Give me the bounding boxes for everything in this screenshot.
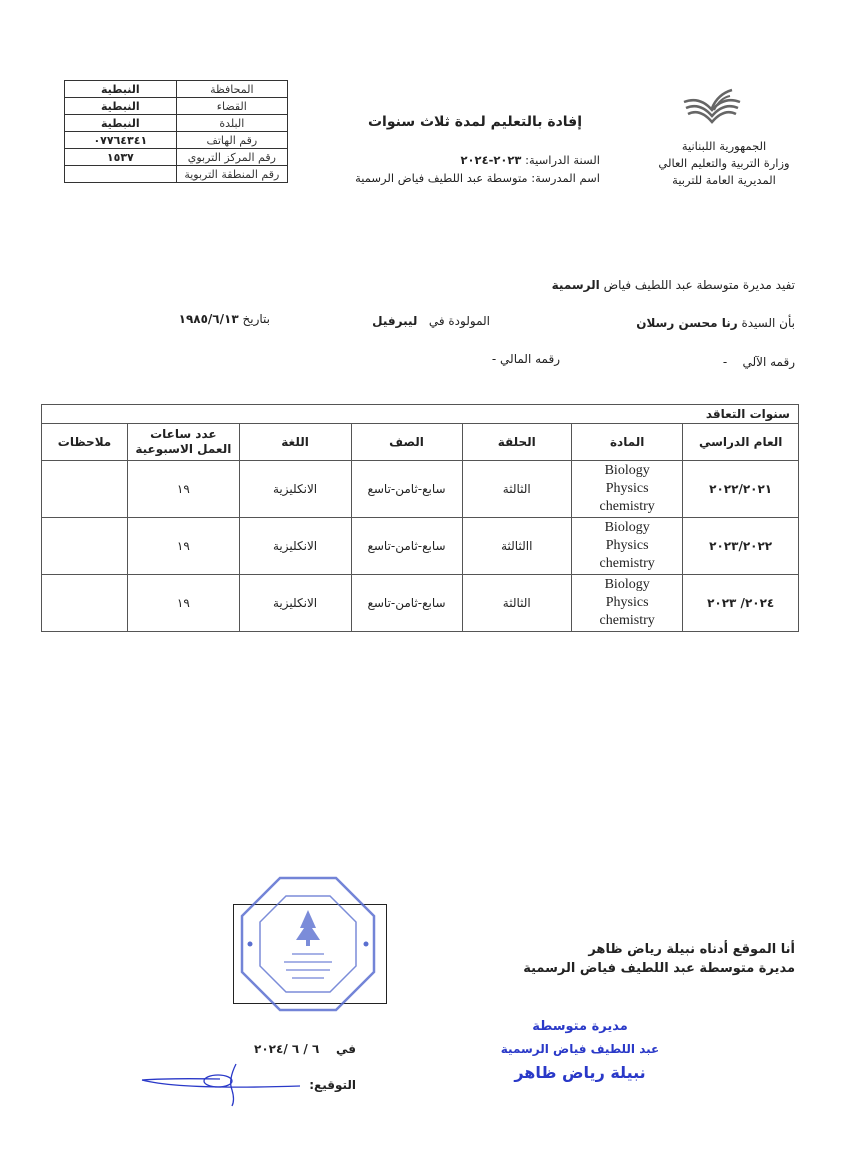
financial-number-value: - (492, 352, 496, 366)
column-header-subject: المادة (572, 424, 683, 461)
school-info-table: المحافظة النبطية القضاء النبطية البلدة ا… (64, 80, 288, 183)
column-header-weekly-hours: عدد ساعات العمل الاسبوعية (128, 424, 240, 461)
column-header-class: الصف (351, 424, 462, 461)
column-header-year: العام الدراسي (683, 424, 799, 461)
cell-hours: ١٩ (128, 461, 240, 518)
ministry-name: وزارة التربية والتعليم العالي (650, 155, 798, 172)
table-header-row: العام الدراسي المادة الحلقة الصف اللغة ع… (42, 424, 799, 461)
contract-years-table: سنوات التعاقد العام الدراسي المادة الحلق… (41, 404, 799, 632)
intro-text: تفيد مديرة متوسطة عبد اللطيف فياض (604, 278, 795, 292)
person-prefix: بأن السيدة (741, 316, 795, 330)
born-place: ليبرفيل (372, 314, 417, 328)
cell-year: ٢٠٢٤/ ٢٠٢٣ (683, 575, 799, 632)
info-value: النبطية (65, 81, 177, 98)
cell-subjects: Biology Physics chemistry (572, 518, 683, 575)
director-stamp-line-1: مديرة متوسطة (490, 1015, 670, 1038)
birthplace-line: المولودة في ليبرفيل (330, 314, 490, 328)
info-label: رقم المركز التربوي (176, 149, 287, 166)
table-row: ٢٠٢٢/٢٠٢١ Biology Physics chemistry الثا… (42, 461, 799, 518)
academic-year-value: ٢٠٢٣-٢٠٢٤ (461, 153, 522, 167)
cell-language: الانكليزية (239, 518, 351, 575)
issue-date-line: في ٦ / ٦ /٢٠٢٤ (200, 1042, 356, 1056)
cell-notes (42, 575, 128, 632)
birthdate-line: بتاريخ ١٩٨٥/٦/١٣ (140, 312, 270, 326)
official-school-stamp-icon (238, 874, 378, 1014)
info-label: المحافظة (176, 81, 287, 98)
info-label: رقم المنطقة التربوية (176, 166, 287, 183)
cell-hours: ١٩ (128, 518, 240, 575)
intro-line: تفيد مديرة متوسطة عبد اللطيف فياض الرسمي… (300, 278, 795, 292)
handwritten-signature-icon (140, 1062, 310, 1107)
financial-number-label: رقمه المالي (500, 352, 560, 366)
directorate-name: المديرية العامة للتربية (650, 172, 798, 189)
info-label: القضاء (176, 98, 287, 115)
person-line: بأن السيدة رنا محسن رسلان (450, 316, 795, 330)
column-header-language: اللغة (239, 424, 351, 461)
cell-notes (42, 461, 128, 518)
cell-class: سابع-ثامن-تاسع (351, 575, 462, 632)
issue-date: ٦ / ٦ /٢٠٢٤ (254, 1042, 319, 1056)
auto-number-line: رقمه الآلي - (640, 355, 795, 369)
cell-class: سابع-ثامن-تاسع (351, 461, 462, 518)
school-name-line: اسم المدرسة: متوسطة عبد اللطيف فياض الرس… (330, 171, 600, 185)
school-value: متوسطة عبد اللطيف فياض الرسمية (355, 171, 527, 185)
table-row: ٢٠٢٣/٢٠٢٢ Biology Physics chemistry االث… (42, 518, 799, 575)
cell-language: الانكليزية (239, 461, 351, 518)
subject: chemistry (575, 555, 679, 573)
open-book-logo-icon (682, 88, 742, 130)
cell-class: سابع-ثامن-تاسع (351, 518, 462, 575)
ministry-header: الجمهورية اللبنانية وزارة التربية والتعل… (650, 138, 798, 189)
auto-number-value: - (723, 355, 727, 369)
financial-number-line: رقمه المالي - (440, 352, 560, 366)
cell-language: الانكليزية (239, 575, 351, 632)
date-label: بتاريخ (243, 312, 271, 326)
subject: Physics (575, 537, 679, 555)
cell-year: ٢٠٢٢/٢٠٢١ (683, 461, 799, 518)
subject: chemistry (575, 498, 679, 516)
subject: Biology (575, 576, 679, 594)
signer-line-2: مديرة متوسطة عبد اللطيف فياض الرسمية (500, 959, 795, 978)
info-value: ٠٧٧٦٤٣٤١ (65, 132, 177, 149)
cell-hours: ١٩ (128, 575, 240, 632)
school-label: اسم المدرسة: (531, 171, 600, 185)
director-stamp: مديرة متوسطة عبد اللطيف فياض الرسمية نبي… (490, 1015, 670, 1084)
subject: Biology (575, 519, 679, 537)
subject: Biology (575, 462, 679, 480)
info-row: المحافظة النبطية (65, 81, 288, 98)
republic-name: الجمهورية اللبنانية (650, 138, 798, 155)
birth-date: ١٩٨٥/٦/١٣ (179, 312, 239, 326)
info-label: البلدة (176, 115, 287, 132)
director-stamp-line-2: عبد اللطيف فياض الرسمية (490, 1038, 670, 1061)
document-title: إفادة بالتعليم لمدة ثلاث سنوات (330, 114, 620, 130)
cell-cycle: الثالثة (462, 461, 572, 518)
info-label: رقم الهاتف (176, 132, 287, 149)
person-name: رنا محسن رسلان (636, 316, 737, 330)
info-row: القضاء النبطية (65, 98, 288, 115)
intro-bold-text: الرسمية (552, 278, 600, 292)
academic-year-label: السنة الدراسية: (525, 153, 600, 167)
auto-number-label: رقمه الآلي (742, 355, 795, 369)
info-row: رقم المنطقة التربوية (65, 166, 288, 183)
subject: chemistry (575, 612, 679, 630)
column-header-cycle: الحلقة (462, 424, 572, 461)
cell-year: ٢٠٢٣/٢٠٢٢ (683, 518, 799, 575)
born-label: المولودة في (429, 314, 490, 328)
cell-cycle: االثالثة (462, 518, 572, 575)
cell-cycle: الثالثة (462, 575, 572, 632)
director-stamp-line-3: نبيلة رياض ظاهر (490, 1061, 670, 1084)
academic-year-line: السنة الدراسية: ٢٠٢٣-٢٠٢٤ (330, 153, 600, 167)
info-value: النبطية (65, 115, 177, 132)
info-value: ١٥٣٧ (65, 149, 177, 166)
cell-subjects: Biology Physics chemistry (572, 461, 683, 518)
cell-notes (42, 518, 128, 575)
info-row: رقم الهاتف ٠٧٧٦٤٣٤١ (65, 132, 288, 149)
table-caption-row: سنوات التعاقد (42, 405, 799, 424)
signer-declaration: أنا الموقع أدناه نبيلة رياض ظاهر مديرة م… (500, 940, 795, 978)
table-row: ٢٠٢٤/ ٢٠٢٣ Biology Physics chemistry الث… (42, 575, 799, 632)
subject: Physics (575, 594, 679, 612)
table-caption: سنوات التعاقد (42, 405, 799, 424)
info-value: النبطية (65, 98, 177, 115)
info-row: البلدة النبطية (65, 115, 288, 132)
date-prefix: في (336, 1042, 356, 1056)
column-header-notes: ملاحظات (42, 424, 128, 461)
info-value (65, 166, 177, 183)
subject: Physics (575, 480, 679, 498)
signer-line-1: أنا الموقع أدناه نبيلة رياض ظاهر (500, 940, 795, 959)
info-row: رقم المركز التربوي ١٥٣٧ (65, 149, 288, 166)
cell-subjects: Biology Physics chemistry (572, 575, 683, 632)
